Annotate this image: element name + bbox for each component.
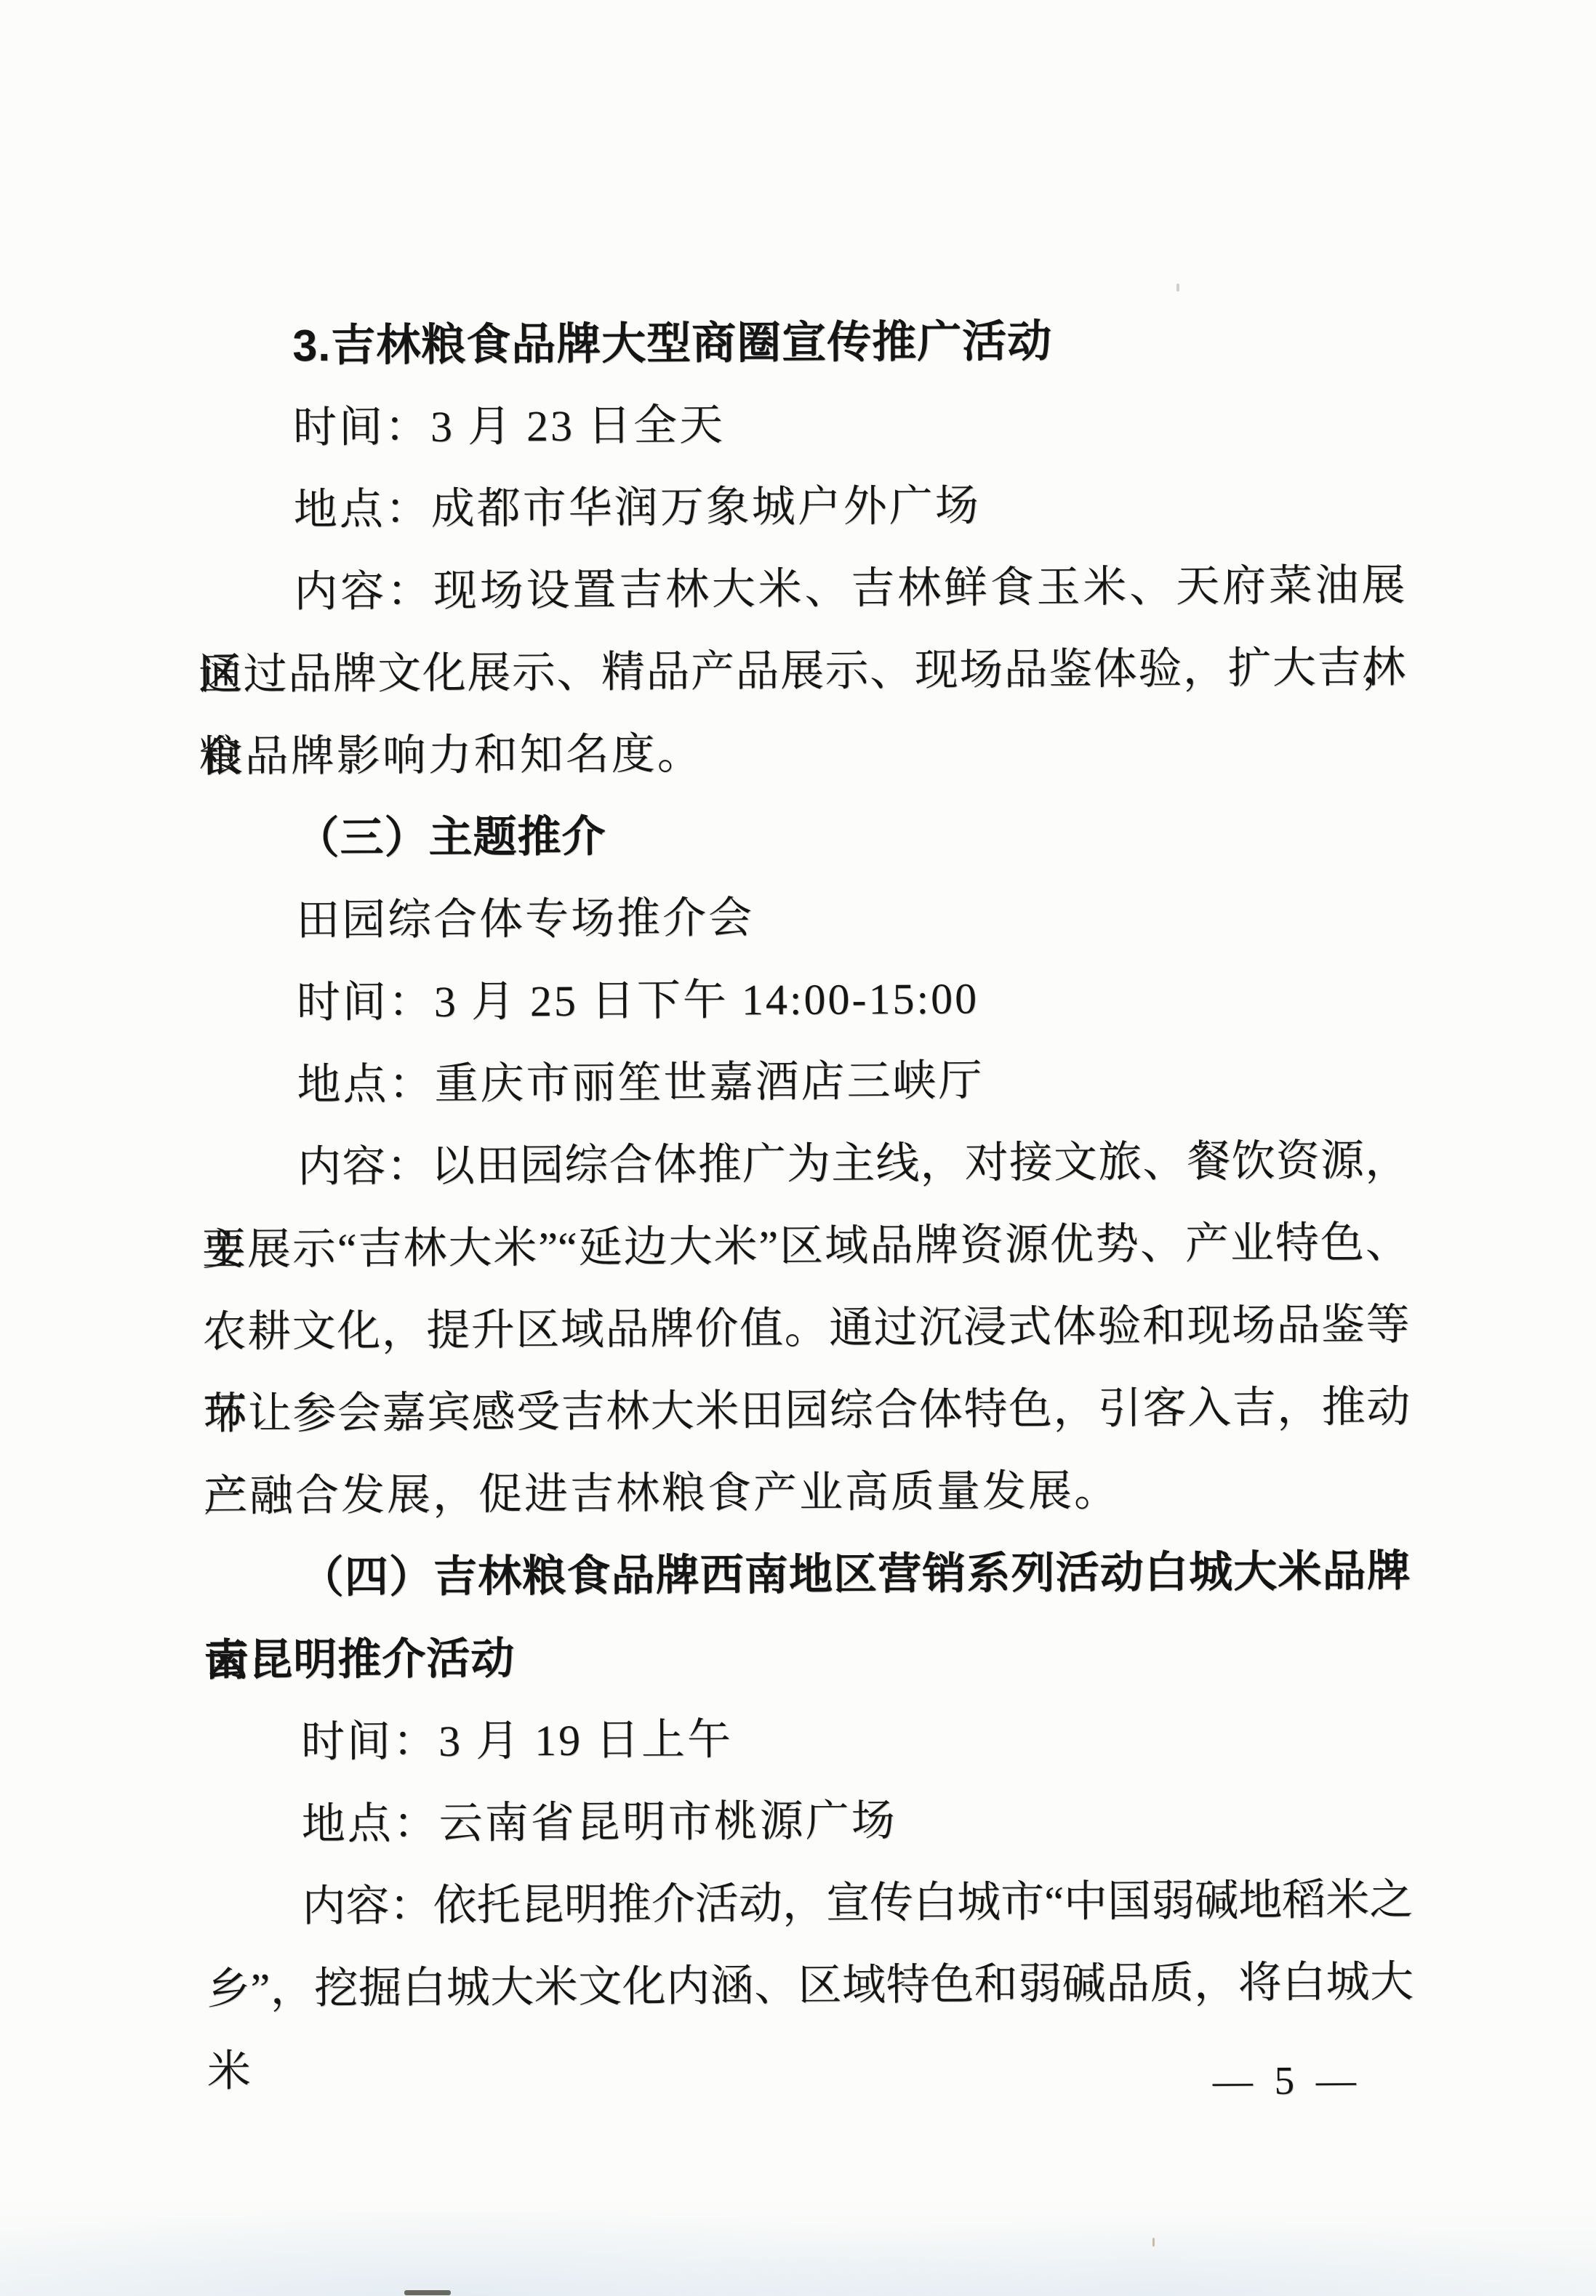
body-line-place: 地点：成都市华润万象城户外广场 bbox=[197, 462, 1405, 552]
scan-bleed-texture bbox=[0, 2180, 1596, 2296]
body-line: 节让参会嘉宾感受吉林大米田园综合体特色，引客入吉，推动三 bbox=[203, 1366, 1411, 1456]
subsection-heading: （三）主题推介 bbox=[199, 791, 1407, 880]
section-heading: 3.吉林粮食品牌大型商圈宣传推广活动 bbox=[196, 298, 1404, 388]
body-line-title: 田园综合体专场推介会 bbox=[200, 873, 1408, 963]
body-line-content: 内容：以田园综合体推广为主线，对接文旅、餐饮资源，主 bbox=[201, 1120, 1409, 1209]
body-line-time: 时间：3 月 25 日下午 14:00-15:00 bbox=[201, 955, 1408, 1045]
body-line-content: 内容：现场设置吉林大米、吉林鲜食玉米、天府菜油展区， bbox=[198, 545, 1405, 634]
scanned-page: 3.吉林粮食品牌大型商圈宣传推广活动 时间：3 月 23 日全天 地点：成都市华… bbox=[0, 0, 1596, 2296]
body-line: 农耕文化，提升区域品牌价值。通过沉浸式体验和现场品鉴等环 bbox=[202, 1284, 1410, 1373]
body-line-place: 地点：云南省昆明市桃源广场 bbox=[205, 1777, 1413, 1866]
scan-artifact-speck bbox=[404, 2290, 451, 2295]
body-line-place: 地点：重庆市丽笙世嘉酒店三峡厅 bbox=[201, 1037, 1408, 1127]
body-line: 乡”，挖掘白城大米文化内涵、区域特色和弱碱品质，将白城大米 bbox=[206, 1941, 1414, 2031]
page-number: — 5 — bbox=[207, 2039, 1415, 2128]
scan-artifact-speck bbox=[1152, 2238, 1155, 2247]
body-line: 产融合发展，促进吉林粮食产业高质量发展。 bbox=[204, 1448, 1411, 1538]
body-line: 食品牌影响力和知名度。 bbox=[199, 709, 1406, 798]
subsection-heading-cont: 南昆明推介活动 bbox=[204, 1613, 1412, 1702]
document-text-block: 3.吉林粮食品牌大型商圈宣传推广活动 时间：3 月 23 日全天 地点：成都市华… bbox=[196, 298, 1414, 2128]
subsection-heading: （四）吉林粮食品牌西南地区营销系列活动白城大米品牌云 bbox=[204, 1530, 1411, 1620]
body-line-time: 时间：3 月 19 日上午 bbox=[205, 1695, 1413, 1784]
body-line: 要展示“吉林大米”“延边大米”区域品牌资源优势、产业特色、 bbox=[202, 1202, 1410, 1291]
body-line-time: 时间：3 月 23 日全天 bbox=[197, 380, 1405, 470]
body-line: 通过品牌文化展示、精品产品展示、现场品鉴体验，扩大吉林粮 bbox=[199, 627, 1406, 716]
scan-artifact-speck bbox=[1176, 284, 1179, 292]
body-line-content: 内容：依托昆明推介活动，宣传白城市“中国弱碱地稻米之 bbox=[206, 1859, 1413, 1948]
